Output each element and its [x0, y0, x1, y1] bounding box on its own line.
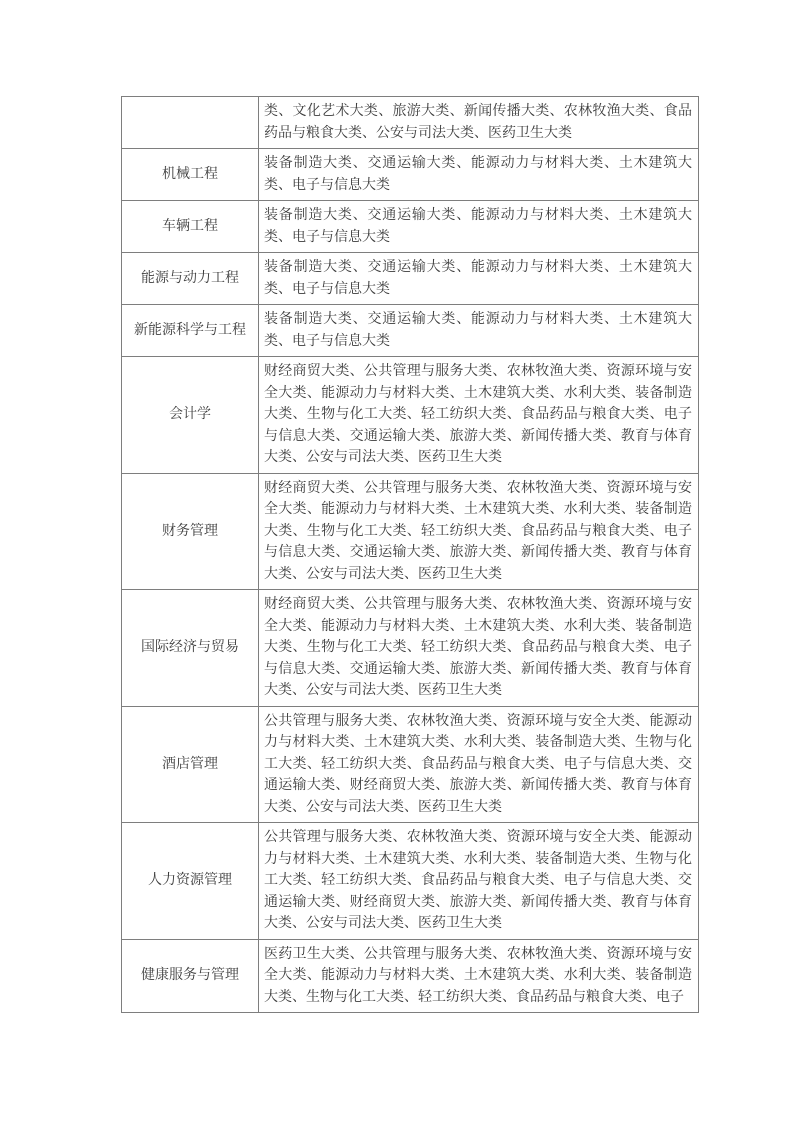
major-cell: 健康服务与管理	[122, 939, 259, 1013]
table-row: 车辆工程 装备制造大类、交通运输大类、能源动力与材料大类、土木建筑大类、电子与信…	[122, 201, 699, 253]
categories-cell: 装备制造大类、交通运输大类、能源动力与材料大类、土木建筑大类、电子与信息大类	[259, 253, 699, 305]
table-row: 会计学 财经商贸大类、公共管理与服务大类、农林牧渔大类、资源环境与安全大类、能源…	[122, 357, 699, 474]
table-row: 类、文化艺术大类、旅游大类、新闻传播大类、农林牧渔大类、食品药品与粮食大类、公安…	[122, 97, 699, 149]
major-cell: 财务管理	[122, 473, 259, 590]
document-page: 类、文化艺术大类、旅游大类、新闻传播大类、农林牧渔大类、食品药品与粮食大类、公安…	[0, 0, 800, 1132]
categories-cell: 装备制造大类、交通运输大类、能源动力与材料大类、土木建筑大类、电子与信息大类	[259, 149, 699, 201]
table-row: 人力资源管理 公共管理与服务大类、农林牧渔大类、资源环境与安全大类、能源动力与材…	[122, 823, 699, 940]
major-cell: 国际经济与贸易	[122, 590, 259, 707]
table-row: 财务管理 财经商贸大类、公共管理与服务大类、农林牧渔大类、资源环境与安全大类、能…	[122, 473, 699, 590]
table-row: 新能源科学与工程 装备制造大类、交通运输大类、能源动力与材料大类、土木建筑大类、…	[122, 305, 699, 357]
major-cell: 新能源科学与工程	[122, 305, 259, 357]
major-cell: 车辆工程	[122, 201, 259, 253]
categories-cell: 财经商贸大类、公共管理与服务大类、农林牧渔大类、资源环境与安全大类、能源动力与材…	[259, 473, 699, 590]
table-row: 酒店管理 公共管理与服务大类、农林牧渔大类、资源环境与安全大类、能源动力与材料大…	[122, 706, 699, 823]
table-row: 机械工程 装备制造大类、交通运输大类、能源动力与材料大类、土木建筑大类、电子与信…	[122, 149, 699, 201]
categories-cell: 公共管理与服务大类、农林牧渔大类、资源环境与安全大类、能源动力与材料大类、土木建…	[259, 706, 699, 823]
major-cell: 能源与动力工程	[122, 253, 259, 305]
categories-cell: 类、文化艺术大类、旅游大类、新闻传播大类、农林牧渔大类、食品药品与粮食大类、公安…	[259, 97, 699, 149]
majors-categories-table: 类、文化艺术大类、旅游大类、新闻传播大类、农林牧渔大类、食品药品与粮食大类、公安…	[121, 96, 699, 1013]
table-row: 能源与动力工程 装备制造大类、交通运输大类、能源动力与材料大类、土木建筑大类、电…	[122, 253, 699, 305]
categories-cell: 财经商贸大类、公共管理与服务大类、农林牧渔大类、资源环境与安全大类、能源动力与材…	[259, 590, 699, 707]
major-cell	[122, 97, 259, 149]
table-row: 健康服务与管理 医药卫生大类、公共管理与服务大类、农林牧渔大类、资源环境与安全大…	[122, 939, 699, 1013]
major-cell: 机械工程	[122, 149, 259, 201]
table-row: 国际经济与贸易 财经商贸大类、公共管理与服务大类、农林牧渔大类、资源环境与安全大…	[122, 590, 699, 707]
categories-cell: 医药卫生大类、公共管理与服务大类、农林牧渔大类、资源环境与安全大类、能源动力与材…	[259, 939, 699, 1013]
major-cell: 人力资源管理	[122, 823, 259, 940]
categories-cell: 装备制造大类、交通运输大类、能源动力与材料大类、土木建筑大类、电子与信息大类	[259, 305, 699, 357]
categories-cell: 财经商贸大类、公共管理与服务大类、农林牧渔大类、资源环境与安全大类、能源动力与材…	[259, 357, 699, 474]
categories-cell: 公共管理与服务大类、农林牧渔大类、资源环境与安全大类、能源动力与材料大类、土木建…	[259, 823, 699, 940]
major-cell: 酒店管理	[122, 706, 259, 823]
major-cell: 会计学	[122, 357, 259, 474]
categories-cell: 装备制造大类、交通运输大类、能源动力与材料大类、土木建筑大类、电子与信息大类	[259, 201, 699, 253]
